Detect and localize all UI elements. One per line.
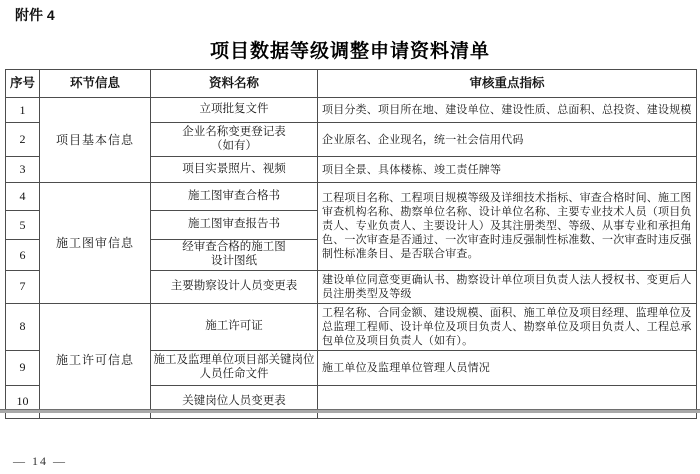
material-cell: 施工许可证 [151,303,318,350]
stage-cell-construction-permit: 施工许可信息 [40,303,151,418]
table-bottom-band [0,409,700,413]
material-cell: 施工图审查报告书 [151,211,318,240]
stage-cell-drawing-review: 施工图审信息 [40,183,151,304]
row-no: 7 [6,270,40,303]
material-cell: 立项批复文件 [151,98,318,123]
table-row: 4 施工图审信息 施工图审查合格书 工程项目名称、工程项目规模等级及详细技术指标… [6,183,697,211]
indicator-cell: 项目全景、具体楼栋、竣工责任牌等 [318,157,697,183]
indicator-cell: 工程名称、合同金额、建设规模、面积、施工单位及项目经理、监理单位及总监理工程师、… [318,303,697,350]
row-no: 2 [6,123,40,157]
row-no: 4 [6,183,40,211]
material-cell: 经审查合格的施工图 设计图纸 [151,240,318,271]
header-material: 资料名称 [151,70,318,98]
table-row: 1 项目基本信息 立项批复文件 项目分类、项目所在地、建设单位、建设性质、总面积… [6,98,697,123]
page-title: 项目数据等级调整申请资料清单 [0,36,700,63]
indicator-cell: 企业原名、企业现名，统一社会信用代码 [318,123,697,157]
row-no: 5 [6,211,40,240]
header-stage: 环节信息 [40,70,151,98]
table-header-row: 序号 环节信息 资料名称 审核重点指标 [6,70,697,98]
header-indicator: 审核重点指标 [318,70,697,98]
page-number: — 14 — [13,454,67,469]
material-cell: 关键岗位人员变更表 [151,385,318,418]
document-page: { "page": { "attachment_label": "附件 4", … [0,0,700,474]
material-cell: 施工及监理单位项目部关键岗位 人员任命文件 [151,350,318,385]
indicator-cell [318,385,697,418]
indicator-cell: 施工单位及监理单位管理人员情况 [318,350,697,385]
material-cell: 项目实景照片、视频 [151,157,318,183]
stage-cell-basic-info: 项目基本信息 [40,98,151,183]
table-row: 8 施工许可信息 施工许可证 工程名称、合同金额、建设规模、面积、施工单位及项目… [6,303,697,350]
row-no: 1 [6,98,40,123]
materials-table: 序号 环节信息 资料名称 审核重点指标 1 项目基本信息 立项批复文件 项目分类… [5,69,697,419]
material-cell: 企业名称变更登记表 （如有） [151,123,318,157]
indicator-cell: 项目分类、项目所在地、建设单位、建设性质、总面积、总投资、建设规模 [318,98,697,123]
row-no: 9 [6,350,40,385]
header-no: 序号 [6,70,40,98]
indicator-cell: 建设单位同意变更确认书、勘察设计单位项目负责人法人授权书、变更后人员注册类型及等… [318,270,697,303]
indicator-cell: 工程项目名称、工程项目规模等级及详细技术指标、审查合格时间、施工图审查机构名称、… [318,183,697,271]
row-no: 10 [6,385,40,418]
material-cell: 主要勘察设计人员变更表 [151,270,318,303]
row-no: 8 [6,303,40,350]
row-no: 6 [6,240,40,271]
attachment-label: 附件 4 [15,5,55,25]
row-no: 3 [6,157,40,183]
material-cell: 施工图审查合格书 [151,183,318,211]
